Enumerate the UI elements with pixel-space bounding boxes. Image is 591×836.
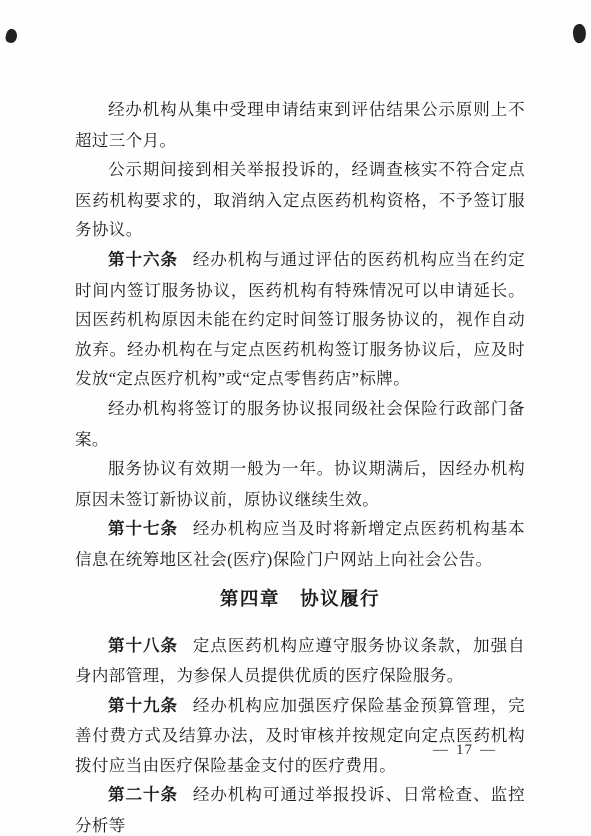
paragraph-article-18: 第十八条定点医药机构应遵守服务协议条款，加强自身内部管理，为参保人员提供优质的医… <box>75 631 525 691</box>
chapter-title: 协议履行 <box>300 588 380 609</box>
article-number: 第十六条 <box>108 251 178 269</box>
paragraph: 服务协议有效期一般为一年。协议期满后，因经办机构原因未签订新协议前，原协议继续生… <box>75 454 525 514</box>
footer-dash-left: — <box>433 742 449 759</box>
paragraph-article-16: 第十六条经办机构与通过评估的医药机构应当在约定时间内签订服务协议，医药机构有特殊… <box>75 245 525 394</box>
paragraph-text: 经办机构将签订的服务协议报同级社会保险行政部门备案。 <box>75 399 525 449</box>
paragraph: 公示期间接到相关举报投诉的，经调查核实不符合定点医药机构要求的，取消纳入定点医药… <box>75 155 525 245</box>
scan-artifact-top-left <box>4 28 18 44</box>
paragraph-text: 经办机构与通过评估的医药机构应当在约定时间内签订服务协议，医药机构有特殊情况可以… <box>75 250 525 388</box>
page-number: —17— <box>426 742 503 759</box>
paragraph-text: 服务协议有效期一般为一年。协议期满后，因经办机构原因未签订新协议前，原协议继续生… <box>75 459 525 509</box>
document-page: 经办机构从集中受理申请结束到评估结果公示原则上不超过三个月。 公示期间接到相关举… <box>0 0 591 836</box>
paragraph-text: 公示期间接到相关举报投诉的，经调查核实不符合定点医药机构要求的，取消纳入定点医药… <box>75 160 525 239</box>
scan-artifact-top-right <box>572 23 588 44</box>
article-number: 第十七条 <box>108 520 178 538</box>
article-number: 第十九条 <box>108 697 178 715</box>
paragraph-text: 经办机构从集中受理申请结束到评估结果公示原则上不超过三个月。 <box>75 100 525 150</box>
footer-dash-right: — <box>480 742 496 759</box>
paragraph: 经办机构将签订的服务协议报同级社会保险行政部门备案。 <box>75 394 525 454</box>
page-number-value: 17 <box>456 742 473 758</box>
article-number: 第二十条 <box>108 786 178 804</box>
paragraph: 经办机构从集中受理申请结束到评估结果公示原则上不超过三个月。 <box>75 95 525 155</box>
paragraph-article-17: 第十七条经办机构应当及时将新增定点医药机构基本信息在统筹地区社会(医疗)保险门户… <box>75 514 525 574</box>
chapter-number: 第四章 <box>220 588 280 609</box>
document-body: 经办机构从集中受理申请结束到评估结果公示原则上不超过三个月。 公示期间接到相关举… <box>75 95 525 836</box>
chapter-heading: 第四章协议履行 <box>75 584 525 614</box>
paragraph-article-19: 第十九条经办机构应加强医疗保险基金预算管理，完善付费方式及结算办法，及时审核并按… <box>75 691 525 781</box>
article-number: 第十八条 <box>108 637 178 655</box>
paragraph-article-20: 第二十条经办机构可通过举报投诉、日常检查、监控分析等 <box>75 780 525 836</box>
